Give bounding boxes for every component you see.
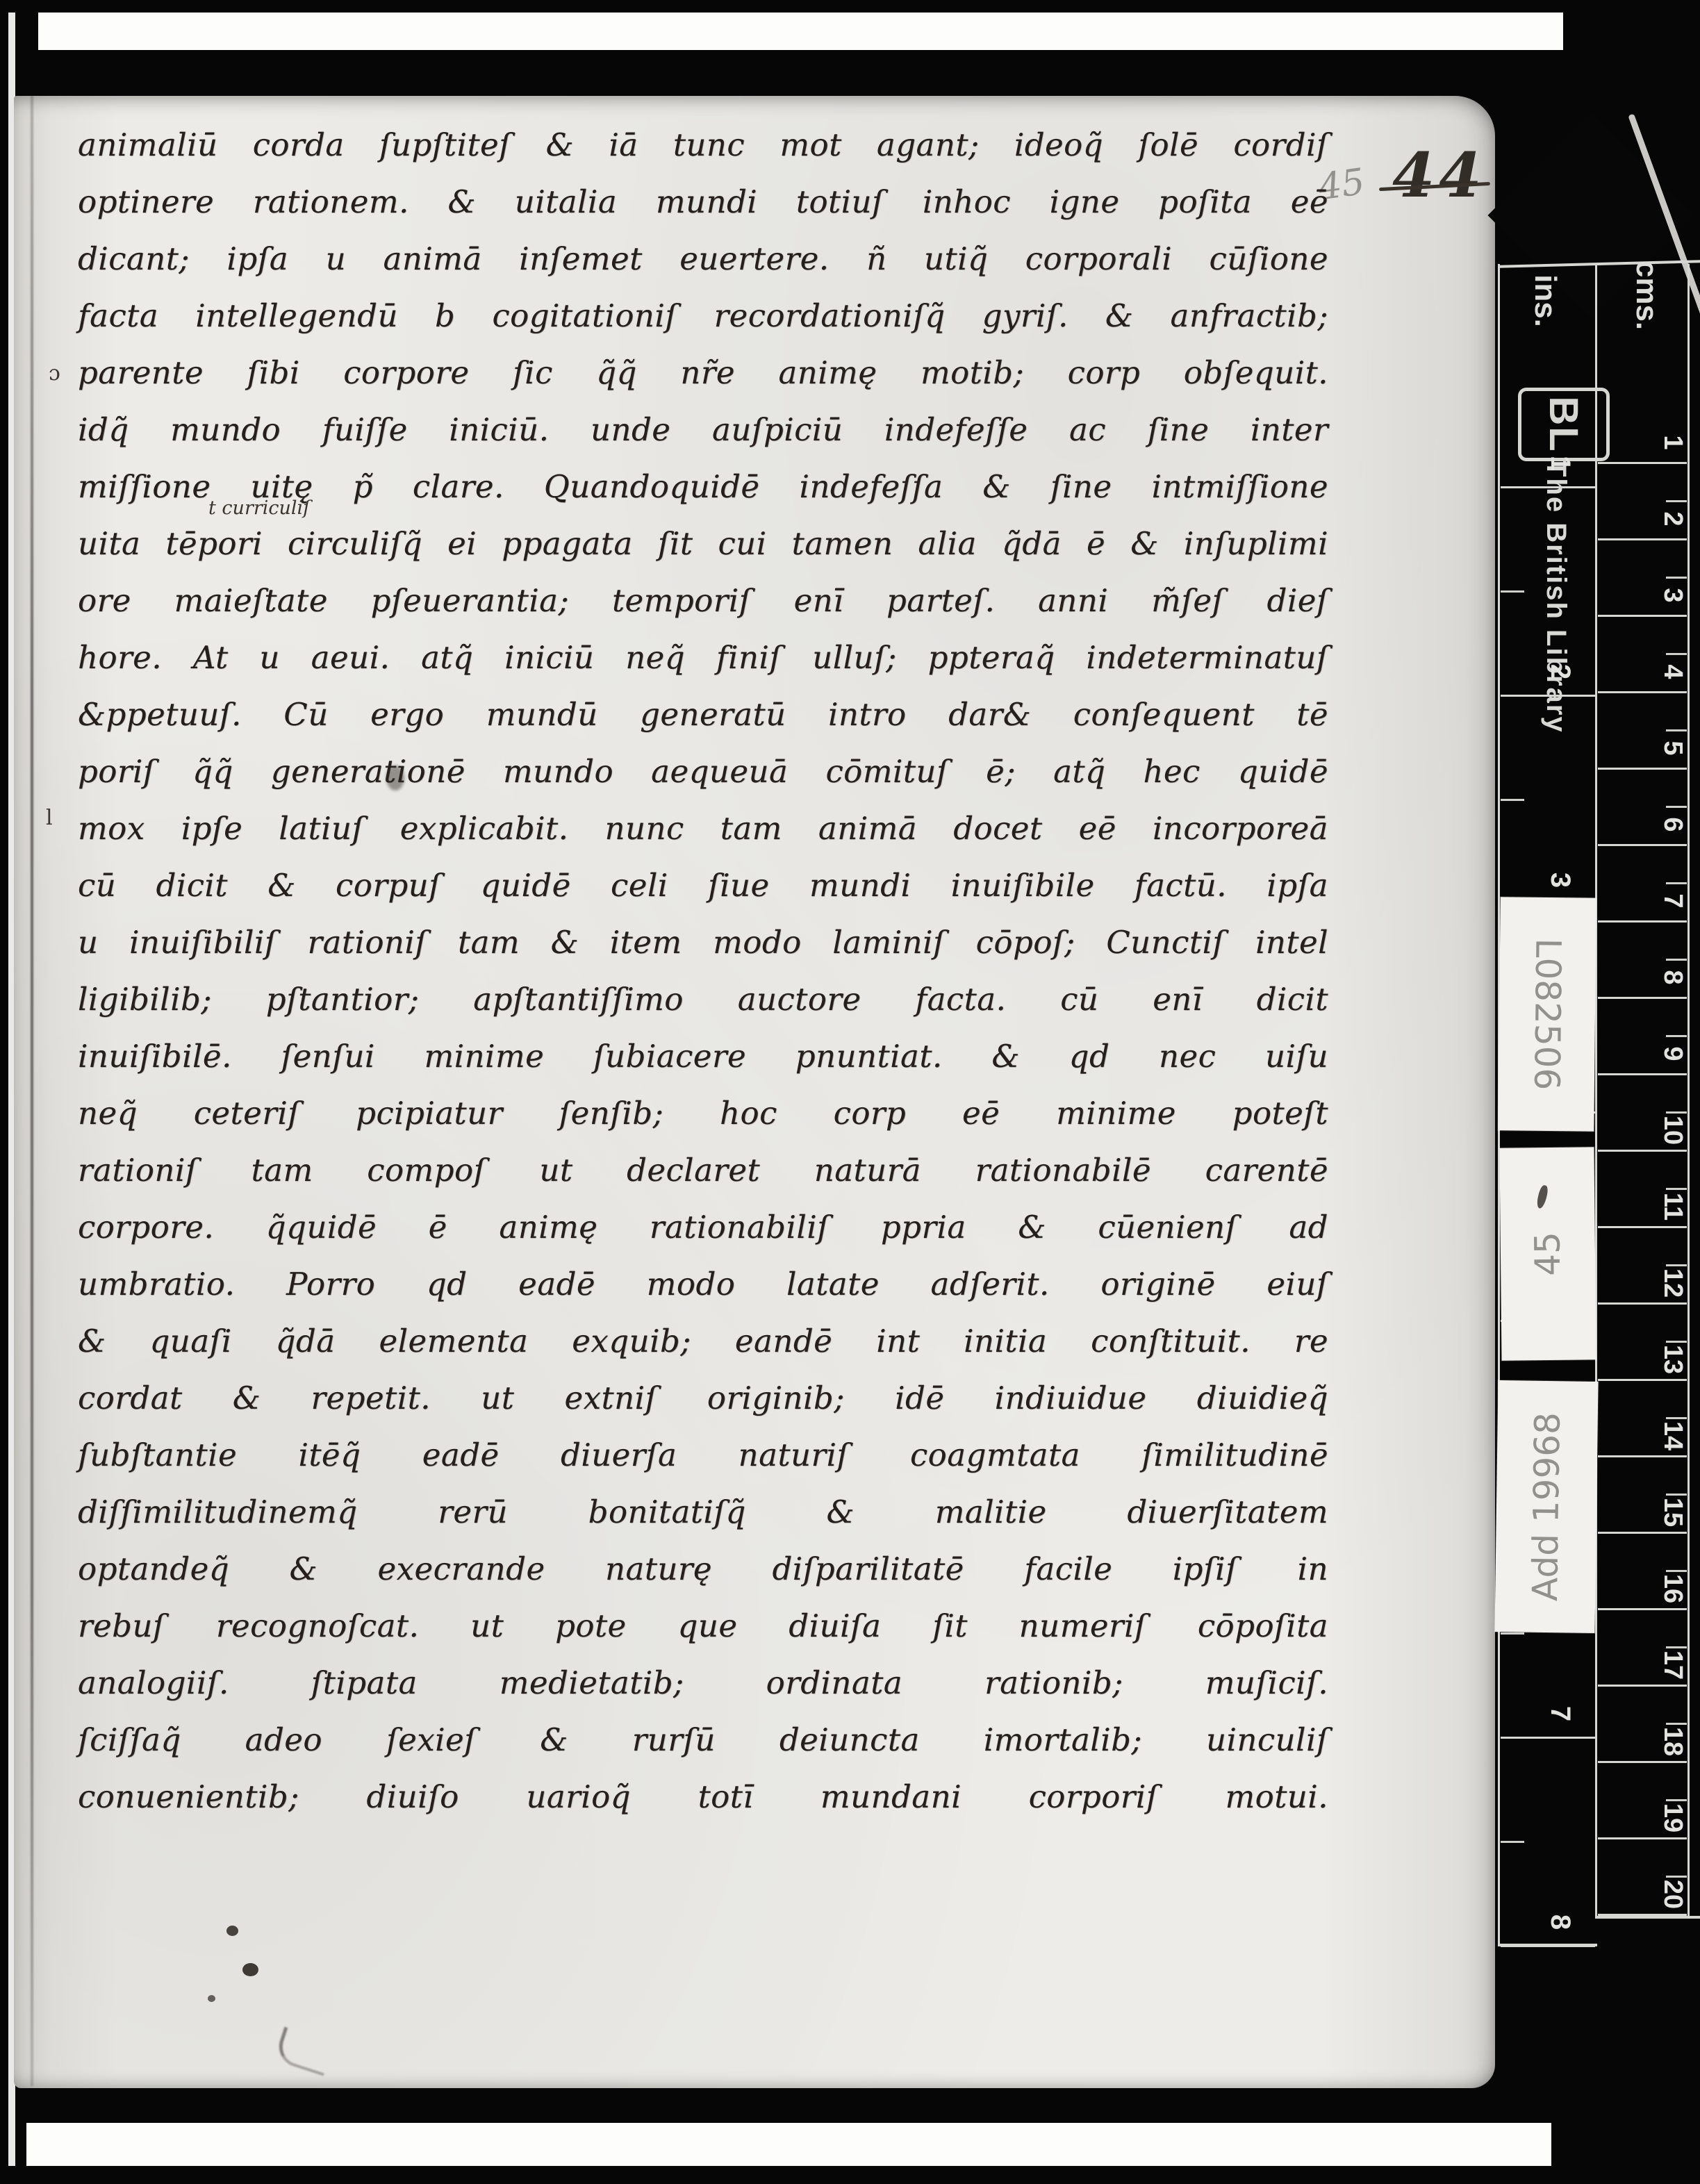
text-line: cordat & repetit. ut extniſ originib; id… — [78, 1370, 1328, 1427]
text-line: facta intellegendū b cogitationiſ record… — [78, 288, 1328, 345]
text-line: ſciſſaq̃ adeo ſexieſ & rurſū deiuncta im… — [78, 1712, 1328, 1769]
text-line: &ppetuuſ. Cū ergo mundū generatū intro d… — [78, 686, 1328, 743]
cm-tick-label: 14 — [1658, 1415, 1688, 1457]
shelfmark-sticker: 45 — [1499, 1147, 1596, 1360]
cms-scale-label: cms. — [1629, 260, 1664, 330]
text-line: umbratio. Porro qd eadē modo latate adſe… — [78, 1256, 1328, 1313]
interlinear-gloss: t curriculiſ — [208, 497, 310, 519]
text-line: rebuſ recognoſcat. ut pote que diuiſa ſi… — [78, 1598, 1328, 1655]
text-line: cū dicit & corpuſ quidē celi ſiue mundi … — [78, 857, 1328, 914]
folio-number-ink: 44 — [1392, 139, 1485, 211]
text-line: parente ſibi corpore ſic q̃q̃ nr̃e animę… — [78, 345, 1328, 402]
gutter-crease — [31, 96, 33, 2086]
text-line: animaliū corda ſupſtiteſ & iā tunc mot a… — [78, 117, 1328, 174]
cm-tick-label: 7 — [1658, 880, 1688, 922]
text-line: & quaſi q̃dā elementa exquib; eandē int … — [78, 1313, 1328, 1370]
text-line: poriſ q̃q̃ generationē mundo aequeuā cōm… — [78, 743, 1328, 800]
shelfmark-sticker: Add 19968 — [1494, 1380, 1598, 1633]
ink-blot — [386, 766, 404, 791]
cm-tick-label: 3 — [1658, 574, 1688, 616]
cm-tick-label: 20 — [1658, 1873, 1688, 1915]
manuscript-text-block: animaliū corda ſupſtiteſ & iā tunc mot a… — [78, 117, 1328, 1826]
inch-tick-label: 2 — [1545, 651, 1576, 693]
text-line: rationiſ tam compoſ ut declaret naturā r… — [78, 1142, 1328, 1199]
text-line: neq̃ ceteriſ pcipiatur ſenſib; hoc corp … — [78, 1085, 1328, 1142]
text-line: optinere rationem. & uitalia mundi totiu… — [78, 174, 1328, 231]
cm-tick-label: 10 — [1658, 1109, 1688, 1151]
inch-tick-label: 3 — [1545, 859, 1576, 901]
cm-tick-label: 11 — [1658, 1186, 1688, 1227]
ruler-cm-bottom-edge — [1595, 1916, 1700, 1919]
text-line: ligibilib; pſtantior; apſtantiſſimo auct… — [78, 971, 1328, 1028]
text-line: dicant; ipſa u animā inſemet euertere. ñ… — [78, 231, 1328, 288]
cm-tick-label: 19 — [1658, 1797, 1688, 1839]
text-line: diſſimilitudinemq̃ rerū bonitatiſq̃ & ma… — [78, 1484, 1328, 1541]
photographed-manuscript-page: ɔ l 45 44 animaliū corda ſupſtiteſ & iā … — [0, 0, 1700, 2184]
cm-tick-label: 2 — [1658, 498, 1688, 540]
inch-tick-label: 7 — [1545, 1693, 1576, 1735]
text-line: mox ipſe latiuſ explicabit. nunc tam ani… — [78, 800, 1328, 857]
ink-blot — [208, 1995, 215, 2002]
cm-tick-label: 4 — [1658, 651, 1688, 693]
text-line: optandeq̃ & execrande naturę diſparilita… — [78, 1541, 1328, 1598]
sticker-text: L082506 — [1526, 938, 1568, 1090]
cm-tick-label: 8 — [1658, 957, 1688, 998]
cm-tick-label: 16 — [1658, 1568, 1688, 1610]
inches-scale-label: ins. — [1528, 274, 1562, 327]
cm-tick-label: 18 — [1658, 1721, 1688, 1762]
shelfmark-sticker: L082506 — [1498, 897, 1596, 1131]
cm-tick-label: 15 — [1658, 1491, 1688, 1533]
cm-tick-label: 17 — [1658, 1644, 1688, 1686]
gutter-ink-mark: l — [46, 806, 53, 830]
cm-tick-label: 6 — [1658, 804, 1688, 845]
text-line: hore. At u aeui. atq̃ iniciū neq̃ finiſ … — [78, 629, 1328, 686]
cm-tick-label: 5 — [1658, 727, 1688, 769]
ink-blot — [226, 1926, 238, 1936]
cm-tick-label: 1 — [1658, 422, 1688, 463]
cm-tick-label: 12 — [1658, 1262, 1688, 1304]
text-line: corpore. q̃quidē ē animę rationabiliſ pp… — [78, 1199, 1328, 1256]
mount-strip-bottom — [26, 2123, 1551, 2166]
text-line: uita tēpori circuliſq̃ ei ppagata ſit cu… — [78, 515, 1328, 572]
text-line: analogiiſ. ſtipata medietatib; ordinata … — [78, 1655, 1328, 1712]
cm-tick-label: 9 — [1658, 1033, 1688, 1075]
mount-strip-top — [38, 13, 1563, 50]
text-line: u inuiſibiliſ rationiſ tam & item modo l… — [78, 914, 1328, 971]
inch-tick-label: 1 — [1545, 442, 1576, 484]
ink-blot — [242, 1963, 258, 1976]
ruler-column-divider — [1595, 264, 1597, 1919]
gutter-ink-mark: ɔ — [49, 361, 60, 386]
text-line: conuenientib; diuiſo uarioq̃ totī mundan… — [78, 1769, 1328, 1826]
text-line: inuiſibilē. ſenſui minime ſubiacere pnun… — [78, 1028, 1328, 1085]
text-line: idq̃ mundo fuiſſe iniciū. unde auſpiciū … — [78, 402, 1328, 458]
sticker-text: Add 19968 — [1525, 1412, 1568, 1602]
inch-tick-label: 8 — [1545, 1901, 1576, 1943]
text-line: ſubſtantie itēq̃ eadē diuerſa naturiſ co… — [78, 1427, 1328, 1484]
text-line: ore maieſtate pſeuerantia; temporiſ enī … — [78, 572, 1328, 629]
sticker-text: 45 — [1528, 1232, 1569, 1276]
cm-tick-label: 13 — [1658, 1339, 1688, 1380]
